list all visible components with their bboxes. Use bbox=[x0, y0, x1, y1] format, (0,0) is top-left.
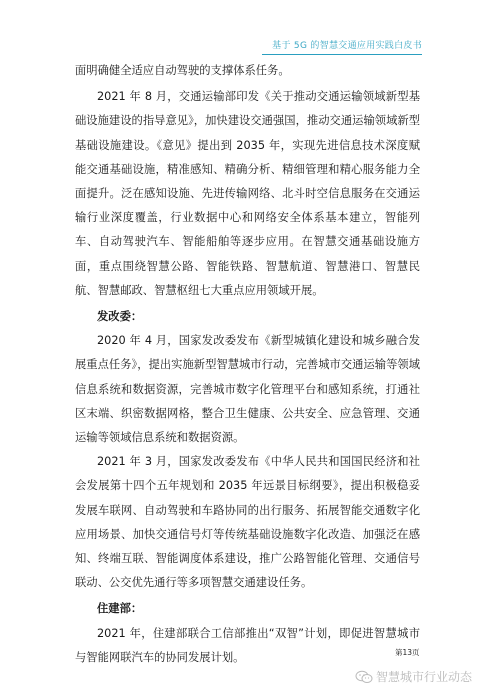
document-header-title: 基于 5G 的智慧交通应用实践白皮书 bbox=[262, 38, 422, 55]
section-heading-mohurd: 住建部： bbox=[75, 597, 420, 621]
paragraph-mohurd-2021: 2021 年，住建部联合工信部推出“双智”计划，即促进智慧城市与智能网联汽车的协… bbox=[75, 622, 420, 670]
paragraph-ndrc-2021: 2021 年 3 月，国家发改委发布《中华人民共和国国民经济和社会发展第十四个五… bbox=[75, 450, 420, 595]
wechat-icon bbox=[355, 670, 373, 684]
section-heading-ndrc: 发改委： bbox=[75, 305, 420, 329]
paragraph-ndrc-2020: 2020 年 4 月，国家发改委发布《新型城镇化建设和城乡融合发展重点任务》，提… bbox=[75, 329, 420, 450]
watermark-text: 智慧城市行业动态 bbox=[376, 668, 472, 685]
paragraph-continuation: 面明确健全适应自动驾驶的支撑体系任务。 bbox=[75, 59, 420, 83]
paragraph-transport-ministry: 2021 年 8 月，交通运输部印发《关于推动交通运输领域新型基础设施建设的指导… bbox=[75, 85, 420, 303]
page-number: 第13页 bbox=[395, 647, 420, 658]
watermark: 智慧城市行业动态 bbox=[355, 668, 472, 685]
document-body: 面明确健全适应自动驾驶的支撑体系任务。 2021 年 8 月，交通运输部印发《关… bbox=[75, 59, 420, 670]
